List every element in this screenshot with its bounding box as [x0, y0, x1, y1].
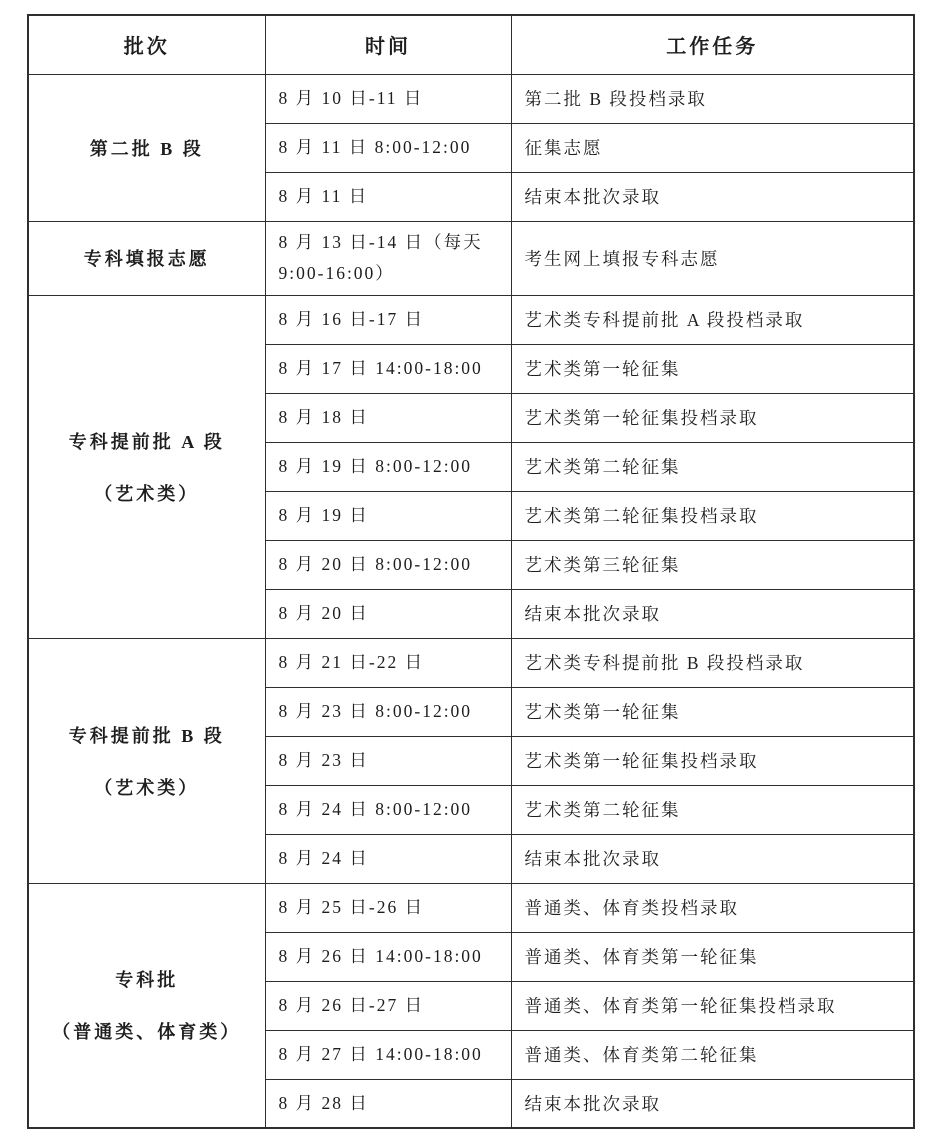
- task-cell: 普通类、体育类第二轮征集: [511, 1030, 914, 1079]
- time-cell: 8 月 11 日 8:00-12:00: [265, 123, 511, 172]
- task-cell: 普通类、体育类第一轮征集投档录取: [511, 981, 914, 1030]
- batch-label: 专科填报志愿: [33, 245, 261, 271]
- time-cell: 8 月 19 日: [265, 491, 511, 540]
- task-cell: 普通类、体育类第一轮征集: [511, 932, 914, 981]
- table-header-row: 批次 时间 工作任务: [28, 15, 914, 74]
- task-cell: 艺术类第二轮征集: [511, 785, 914, 834]
- task-cell: 艺术类第一轮征集投档录取: [511, 736, 914, 785]
- batch-cell: 专科提前批 A 段 （艺术类）: [28, 295, 265, 638]
- batch-cell: 专科提前批 B 段 （艺术类）: [28, 638, 265, 883]
- task-cell: 征集志愿: [511, 123, 914, 172]
- batch-cell: 第二批 B 段: [28, 74, 265, 221]
- task-cell: 普通类、体育类投档录取: [511, 883, 914, 932]
- schedule-table: 批次 时间 工作任务 第二批 B 段 8 月 10 日-11 日 第二批 B 段…: [27, 14, 915, 1129]
- time-cell: 8 月 20 日 8:00-12:00: [265, 540, 511, 589]
- time-cell: 8 月 23 日: [265, 736, 511, 785]
- time-cell: 8 月 20 日: [265, 589, 511, 638]
- task-cell: 艺术类第二轮征集投档录取: [511, 491, 914, 540]
- task-cell: 艺术类专科提前批 B 段投档录取: [511, 638, 914, 687]
- task-cell: 艺术类第一轮征集: [511, 344, 914, 393]
- time-cell: 8 月 13 日-14 日（每天 9:00-16:00）: [265, 221, 511, 295]
- time-cell: 8 月 27 日 14:00-18:00: [265, 1030, 511, 1079]
- task-cell: 艺术类第三轮征集: [511, 540, 914, 589]
- batch-cell: 专科填报志愿: [28, 221, 265, 295]
- header-time: 时间: [265, 15, 511, 74]
- time-cell: 8 月 17 日 14:00-18:00: [265, 344, 511, 393]
- time-cell: 8 月 23 日 8:00-12:00: [265, 687, 511, 736]
- task-cell: 艺术类第一轮征集投档录取: [511, 393, 914, 442]
- time-cell: 8 月 25 日-26 日: [265, 883, 511, 932]
- time-cell: 8 月 24 日 8:00-12:00: [265, 785, 511, 834]
- task-cell: 结束本批次录取: [511, 834, 914, 883]
- table-row: 专科提前批 A 段 （艺术类） 8 月 16 日-17 日 艺术类专科提前批 A…: [28, 295, 914, 344]
- header-task: 工作任务: [511, 15, 914, 74]
- time-cell: 8 月 18 日: [265, 393, 511, 442]
- task-cell: 结束本批次录取: [511, 172, 914, 221]
- time-cell: 8 月 10 日-11 日: [265, 74, 511, 123]
- batch-cell: 专科批 （普通类、体育类）: [28, 883, 265, 1128]
- time-cell: 8 月 26 日-27 日: [265, 981, 511, 1030]
- schedule-table-container: 批次 时间 工作任务 第二批 B 段 8 月 10 日-11 日 第二批 B 段…: [27, 14, 915, 1129]
- time-cell: 8 月 24 日: [265, 834, 511, 883]
- batch-sublabel: （普通类、体育类）: [33, 1018, 261, 1044]
- batch-label: 专科提前批 B 段: [33, 722, 261, 748]
- table-row: 专科批 （普通类、体育类） 8 月 25 日-26 日 普通类、体育类投档录取: [28, 883, 914, 932]
- task-cell: 第二批 B 段投档录取: [511, 74, 914, 123]
- time-cell: 8 月 28 日: [265, 1079, 511, 1128]
- batch-label: 第二批 B 段: [33, 135, 261, 161]
- task-cell: 艺术类专科提前批 A 段投档录取: [511, 295, 914, 344]
- table-row: 第二批 B 段 8 月 10 日-11 日 第二批 B 段投档录取: [28, 74, 914, 123]
- batch-sublabel: （艺术类）: [33, 480, 261, 506]
- time-cell: 8 月 19 日 8:00-12:00: [265, 442, 511, 491]
- time-cell: 8 月 16 日-17 日: [265, 295, 511, 344]
- task-cell: 结束本批次录取: [511, 589, 914, 638]
- header-batch: 批次: [28, 15, 265, 74]
- time-cell: 8 月 21 日-22 日: [265, 638, 511, 687]
- table-row: 专科填报志愿 8 月 13 日-14 日（每天 9:00-16:00） 考生网上…: [28, 221, 914, 295]
- time-cell: 8 月 11 日: [265, 172, 511, 221]
- batch-label: 专科批: [33, 966, 261, 992]
- task-cell: 艺术类第一轮征集: [511, 687, 914, 736]
- batch-sublabel: （艺术类）: [33, 774, 261, 800]
- time-cell: 8 月 26 日 14:00-18:00: [265, 932, 511, 981]
- table-row: 专科提前批 B 段 （艺术类） 8 月 21 日-22 日 艺术类专科提前批 B…: [28, 638, 914, 687]
- task-cell: 结束本批次录取: [511, 1079, 914, 1128]
- batch-label: 专科提前批 A 段: [33, 428, 261, 454]
- task-cell: 艺术类第二轮征集: [511, 442, 914, 491]
- task-cell: 考生网上填报专科志愿: [511, 221, 914, 295]
